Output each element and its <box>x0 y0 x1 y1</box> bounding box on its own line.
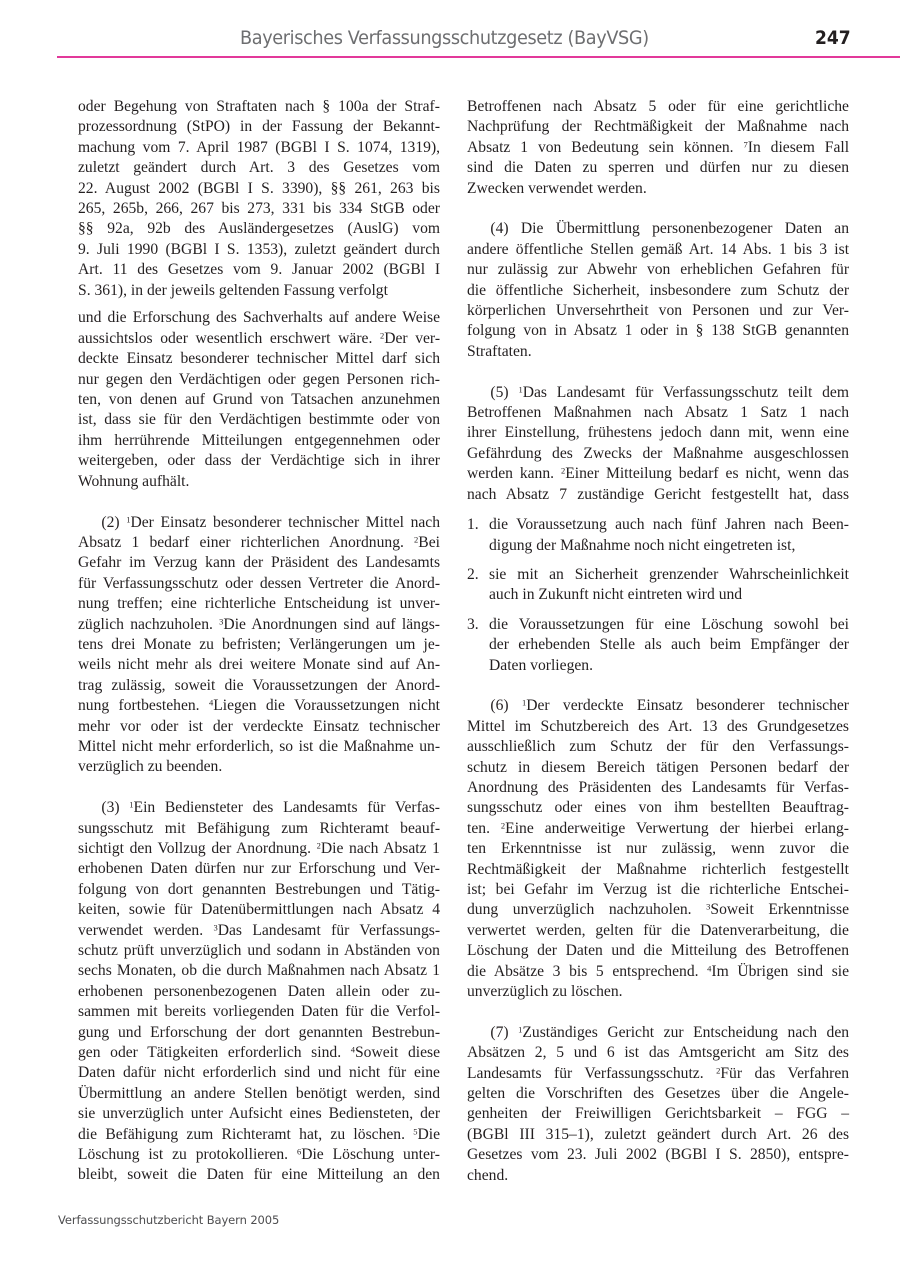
text-line: verwendet werden. 3Das Landesamt für Ver… <box>78 921 440 941</box>
paragraph-1-continuation: oder Begehung von Straftaten nach § 100a… <box>78 97 440 301</box>
text-line: Landesamts für Verfassungsschutz. 2Für d… <box>467 1064 849 1084</box>
text-line: oder Begehung von Straftaten nach § 100a… <box>78 97 440 117</box>
list-item: 3.die Voraussetzungen für eine Löschung … <box>467 615 849 676</box>
text-line: 22. August 2002 (BGBl I S. 3390), §§ 261… <box>78 179 440 199</box>
text-line: sammen mit bereits vorliegenden Daten fü… <box>78 1002 440 1022</box>
text-line: folgung von dort genannten Bestrebungen … <box>78 880 440 900</box>
text-line: gung und Erforschung der dort genannten … <box>78 1023 440 1043</box>
text-line: folgung von in Absatz 1 oder in § 138 St… <box>467 321 849 341</box>
text-line: unverzüglich zu löschen. <box>467 982 849 1002</box>
text-line: und die Erforschung des Sachverhalts auf… <box>78 308 440 328</box>
text-line: ten. 2Eine anderweitige Verwertung der h… <box>467 819 849 839</box>
text-line: Absätzen 2, 5 und 6 ist das Amtsgericht … <box>467 1043 849 1063</box>
text-line: machung vom 7. April 1987 (BGBl I S. 107… <box>78 138 440 158</box>
text-line: (3) 1Ein Bediensteter des Landesamts für… <box>78 798 440 818</box>
text-line: die Voraussetzung auch nach fünf Jahren … <box>489 515 849 535</box>
text-line: die öffentliche Sicherheit, insbesondere… <box>467 281 849 301</box>
text-line: sechs Monaten, ob die durch Maßnahmen na… <box>78 961 440 981</box>
text-line: Daten vorliegen. <box>489 656 849 676</box>
text-line: Straftaten. <box>467 342 849 362</box>
text-line: 265, 265b, 266, 267 bis 273, 331 bis 334… <box>78 199 440 219</box>
text-line: Übermittlung an andere Stellen benötigt … <box>78 1084 440 1104</box>
list-item: 2.sie mit an Sicherheit grenzender Wahrs… <box>467 565 849 606</box>
list-number: 2. <box>467 565 479 585</box>
text-line: aussichtslos oder wesentlich erschwert w… <box>78 329 440 349</box>
text-line: (5) 1Das Landesamt für Verfassungsschutz… <box>467 383 849 403</box>
text-line: Daten dafür nicht erforderlich sind und … <box>78 1063 440 1083</box>
text-line: Art. 11 des Gesetzes vom 9. Januar 2002 … <box>78 260 440 280</box>
text-line: ten, von denen auf Grund von Tatsachen a… <box>78 390 440 410</box>
list-text: sie mit an Sicherheit grenzender Wahrsch… <box>489 565 849 606</box>
text-line: dung unverzüglich nachzuholen. 3Soweit E… <box>467 900 849 920</box>
text-line: mehr vor oder ist der verdeckte Einsatz … <box>78 717 440 737</box>
text-line: körperlichen Unversehrtheit von Personen… <box>467 301 849 321</box>
running-header: Bayerisches Verfassungsschutzgesetz (Bay… <box>57 0 900 58</box>
text-line: sie mit an Sicherheit grenzender Wahrsch… <box>489 565 849 585</box>
paragraph-5: (5) 1Das Landesamt für Verfassungsschutz… <box>467 383 849 505</box>
text-line: verzüglich zu beenden. <box>78 757 440 777</box>
text-line: werden kann. 2Einer Mitteilung bedarf es… <box>467 464 849 484</box>
list-number: 1. <box>467 515 479 535</box>
text-line: Absatz 1 von Bedeutung sein können. 7In … <box>467 138 849 158</box>
text-line: nur gegen den Verdächtigen oder gegen Pe… <box>78 370 440 390</box>
paragraph-1-tail: und die Erforschung des Sachverhalts auf… <box>78 308 440 492</box>
text-line: ist, dass sie für den Verdächtigen besti… <box>78 410 440 430</box>
text-line: Gefahr im Verzug kann der Präsident des … <box>78 553 440 573</box>
page-footer: Verfassungsschutzbericht Bayern 2005 <box>58 1213 279 1227</box>
text-line: erhobenen Daten dürfen nur zur Erforschu… <box>78 859 440 879</box>
text-line: sichtigt den Vollzug der Anordnung. 2Die… <box>78 839 440 859</box>
text-line: Löschung der Daten und die Mitteilung de… <box>467 941 849 961</box>
text-line: deckte Einsatz besonderer technischer Mi… <box>78 349 440 369</box>
list-item: 1.die Voraussetzung auch nach fünf Jahre… <box>467 515 849 556</box>
text-line: züglich nachzuholen. 3Die Anordnungen si… <box>78 615 440 635</box>
text-line: ist; bei Gefahr im Verzug ist die richte… <box>467 880 849 900</box>
text-line: (2) 1Der Einsatz besonderer technischer … <box>78 513 440 533</box>
text-line: sungsschutz mit Befähigung zum Richteram… <box>78 819 440 839</box>
text-line: S. 361), in der jeweils geltenden Fassun… <box>78 281 440 301</box>
text-line: auch in Zukunft nicht eintreten wird und <box>489 585 849 605</box>
text-line: sungsschutz oder eines von ihm bestellte… <box>467 798 849 818</box>
text-line: Gefährdung des Zwecks der Maßnahme ausge… <box>467 444 849 464</box>
text-line: ten Erkenntnisse ist nur zulässig, wenn … <box>467 839 849 859</box>
text-line: Zwecken verwendet werden. <box>467 179 849 199</box>
text-line: weils nicht mehr als drei weitere Monate… <box>78 655 440 675</box>
paragraph-7: (7) 1Zuständiges Gericht zur Entscheidun… <box>467 1023 849 1186</box>
list-text: die Voraussetzungen für eine Löschung so… <box>489 615 849 676</box>
text-line: keiten, sowie für Datenübermittlungen na… <box>78 900 440 920</box>
text-line: nung treffen; eine richterliche Entschei… <box>78 594 440 614</box>
text-line: trag zulässig, soweit die Voraussetzunge… <box>78 676 440 696</box>
page-number: 247 <box>815 27 851 49</box>
list-text: die Voraussetzung auch nach fünf Jahren … <box>489 515 849 556</box>
text-line: Gesetzes vom 23. Juli 2002 (BGBl I S. 28… <box>467 1145 849 1165</box>
text-line: bleibt, soweit die Daten für eine Mittei… <box>78 1165 440 1185</box>
text-line: prozessordnung (StPO) in der Fassung der… <box>78 117 440 137</box>
text-line: (BGBl III 315–1), zuletzt geändert durch… <box>467 1125 849 1145</box>
text-line: nach Absatz 7 zuständige Gericht festges… <box>467 485 849 505</box>
text-line: Wohnung aufhält. <box>78 472 440 492</box>
text-line: sie unverzüglich unter Aufsicht eines Be… <box>78 1104 440 1124</box>
text-line: verwertet werden, gelten für die Datenve… <box>467 921 849 941</box>
text-line: (7) 1Zuständiges Gericht zur Entscheidun… <box>467 1023 849 1043</box>
text-line: die Absätze 3 bis 5 entsprechend. 4Im Üb… <box>467 962 849 982</box>
text-line: ihm herrührende Mitteilungen entgegenneh… <box>78 431 440 451</box>
list-number: 3. <box>467 615 479 635</box>
text-line: weitergeben, oder dass der Verdächtige s… <box>78 451 440 471</box>
text-line: 9. Juli 1990 (BGBl I S. 1353), zuletzt g… <box>78 240 440 260</box>
text-line: ausschließlich zum Schutz der für den Ve… <box>467 737 849 757</box>
text-line: Absatz 1 bedarf einer richterlichen Anor… <box>78 533 440 553</box>
text-line: ihrer Einstellung, frühestens jedoch dan… <box>467 423 849 443</box>
text-line: Betroffenen Maßnahmen nach Absatz 1 Satz… <box>467 403 849 423</box>
text-line: schutz prüft unverzüglich und sodann in … <box>78 941 440 961</box>
text-line: gen oder Tätigkeiten erforderlich sind. … <box>78 1043 440 1063</box>
text-line: (6) 1Der verdeckte Einsatz besonderer te… <box>467 696 849 716</box>
text-line: der erhebenden Stelle als auch beim Empf… <box>489 635 849 655</box>
text-line: Betroffenen nach Absatz 5 oder für eine … <box>467 97 849 117</box>
paragraph-3: (3) 1Ein Bediensteter des Landesamts für… <box>78 798 440 1186</box>
text-line: zuletzt geändert durch Art. 3 des Gesetz… <box>78 158 440 178</box>
text-line: für Verfassungsschutz oder dessen Vertre… <box>78 574 440 594</box>
text-line: sind die Daten zu sperren und dürfen nur… <box>467 158 849 178</box>
left-column: oder Begehung von Straftaten nach § 100a… <box>78 97 440 1186</box>
text-line: §§ 92a, 92b des Ausländergesetzes (AuslG… <box>78 219 440 239</box>
text-line: erhobenen personenbezogenen Daten allein… <box>78 982 440 1002</box>
text-line: schutz in diesem Bereich tätigen Persone… <box>467 758 849 778</box>
paragraph-2: (2) 1Der Einsatz besonderer technischer … <box>78 513 440 778</box>
text-line: nur zulässig zur Abwehr von erheblichen … <box>467 260 849 280</box>
text-line: die Voraussetzungen für eine Löschung so… <box>489 615 849 635</box>
text-line: Mittel im Schutzbereich des Art. 13 des … <box>467 717 849 737</box>
text-line: Rechtmäßigkeit der Maßnahme richterlich … <box>467 860 849 880</box>
text-line: die Befähigung zum Richteramt hat, zu lö… <box>78 1125 440 1145</box>
paragraph-5-list: 1.die Voraussetzung auch nach fünf Jahre… <box>467 515 849 676</box>
text-line: gelten die Vorschriften des Gesetzes übe… <box>467 1084 849 1104</box>
text-line: digung der Maßnahme noch nicht eingetret… <box>489 536 849 556</box>
paragraph-4: (4) Die Übermittlung personenbezogener D… <box>467 219 849 362</box>
paragraph-3-continuation: Betroffenen nach Absatz 5 oder für eine … <box>467 97 849 199</box>
text-line: andere öffentliche Stellen gemäß Art. 14… <box>467 240 849 260</box>
text-line: Löschung ist zu protokollieren. 6Die Lös… <box>78 1145 440 1165</box>
text-line: Nachprüfung der Rechtmäßigkeit der Maßna… <box>467 117 849 137</box>
text-line: genheiten der Freiwilligen Gerichtsbarke… <box>467 1104 849 1124</box>
text-line: tens drei Monate zu befristen; Verlänger… <box>78 635 440 655</box>
text-line: (4) Die Übermittlung personenbezogener D… <box>467 219 849 239</box>
paragraph-6: (6) 1Der verdeckte Einsatz besonderer te… <box>467 696 849 1002</box>
text-line: nung fortbestehen. 4Liegen die Vorausset… <box>78 696 440 716</box>
header-title: Bayerisches Verfassungsschutzgesetz (Bay… <box>240 27 649 49</box>
text-line: Anordnung des Präsidenten des Landesamts… <box>467 778 849 798</box>
text-line: chend. <box>467 1166 849 1186</box>
right-column: Betroffenen nach Absatz 5 oder für eine … <box>467 97 849 1206</box>
text-line: Mittel nicht mehr erforderlich, so ist d… <box>78 737 440 757</box>
